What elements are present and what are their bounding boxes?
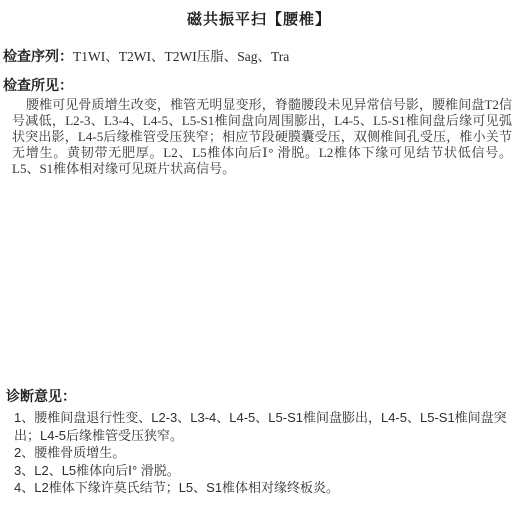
impression-heading: 诊断意见： xyxy=(3,386,513,406)
impression-item-4: 4、L2椎体下缘许莫氏结节；L5、S1椎体相对缘终板炎。 xyxy=(14,479,513,497)
impression-section: 诊断意见： 1、腰椎间盘退行性变、L2-3、L3-4、L4-5、L5-S1椎间盘… xyxy=(3,386,513,497)
findings-heading: 检查所见： xyxy=(0,75,518,95)
sequence-value: T1WI、T2WI、T2WI压脂、Sag、Tra xyxy=(73,49,289,64)
report-title: 磁共振平扫【腰椎】 xyxy=(0,0,518,29)
impression-item-2: 2、腰椎骨质增生。 xyxy=(14,444,513,462)
impression-items: 1、腰椎间盘退行性变、L2-3、L3-4、L4-5、L5-S1椎间盘膨出，L4-… xyxy=(3,409,513,497)
impression-item-1: 1、腰椎间盘退行性变、L2-3、L3-4、L4-5、L5-S1椎间盘膨出，L4-… xyxy=(14,409,513,444)
sequence-label: 检查序列： xyxy=(3,48,73,64)
mri-report-page: 磁共振平扫【腰椎】 检查序列：T1WI、T2WI、T2WI压脂、Sag、Tra … xyxy=(0,0,518,512)
findings-body: 腰椎可见骨质增生改变，椎管无明显变形，脊髓腰段未见异常信号影，腰椎间盘T2信号减… xyxy=(12,97,512,177)
impression-item-3: 3、L2、L5椎体向后Ⅰ° 滑脱。 xyxy=(14,462,513,480)
sequence-row: 检查序列：T1WI、T2WI、T2WI压脂、Sag、Tra xyxy=(0,45,518,66)
